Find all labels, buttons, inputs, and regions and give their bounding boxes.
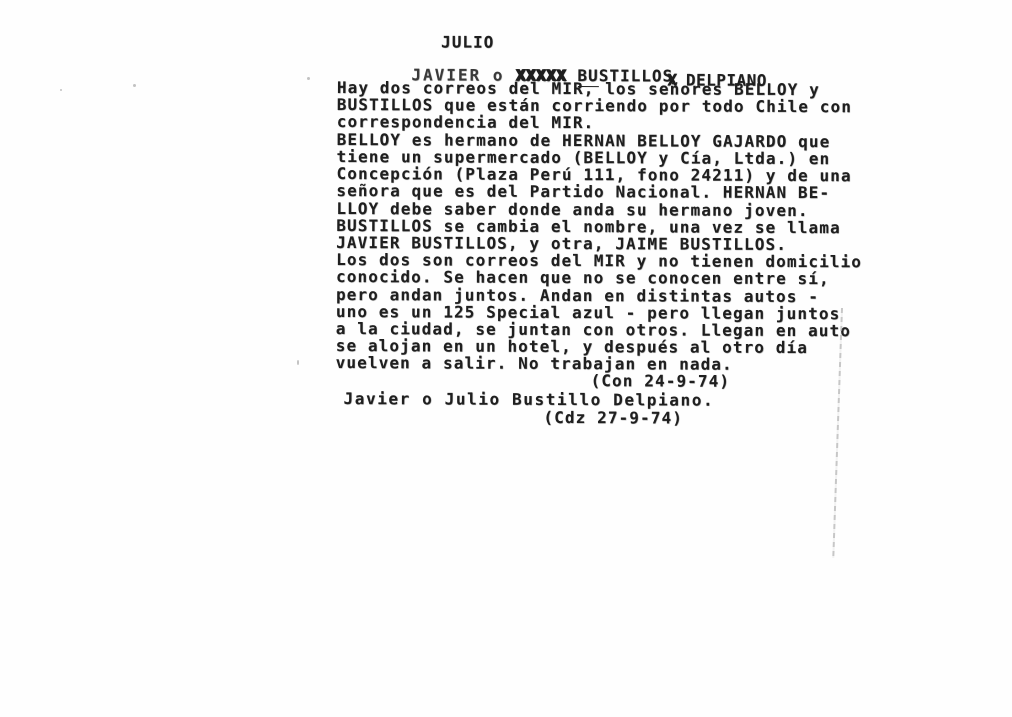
signature-line: Javier o Julio Bustillo Delpiano. <box>343 390 714 409</box>
source-date-note: (Con 24-9-74) <box>591 372 731 390</box>
scan-speck <box>307 77 310 80</box>
closing-date-note: (Cdz 27-9-74) <box>543 409 683 427</box>
body-line: conocido. Se hacen que no se conocen ent… <box>336 268 830 287</box>
body-line: vuelven a salir. No trabajan en nada. <box>336 354 733 373</box>
body-line: correspondencia del MIR. <box>337 113 595 131</box>
typewritten-text-block: JULIO JAVIER o XXXXX BUSTILLOSXDELPIANO … <box>0 0 1012 717</box>
scan-speck <box>60 89 62 91</box>
inserted-correction-word: JULIO <box>441 33 494 50</box>
scan-speck <box>297 360 299 365</box>
scan-speck <box>133 84 136 87</box>
body-line: señora que es del Partido Nacional. HERN… <box>336 182 830 201</box>
scanned-document-page: JULIO JAVIER o XXXXX BUSTILLOSXDELPIANO … <box>0 0 1012 717</box>
